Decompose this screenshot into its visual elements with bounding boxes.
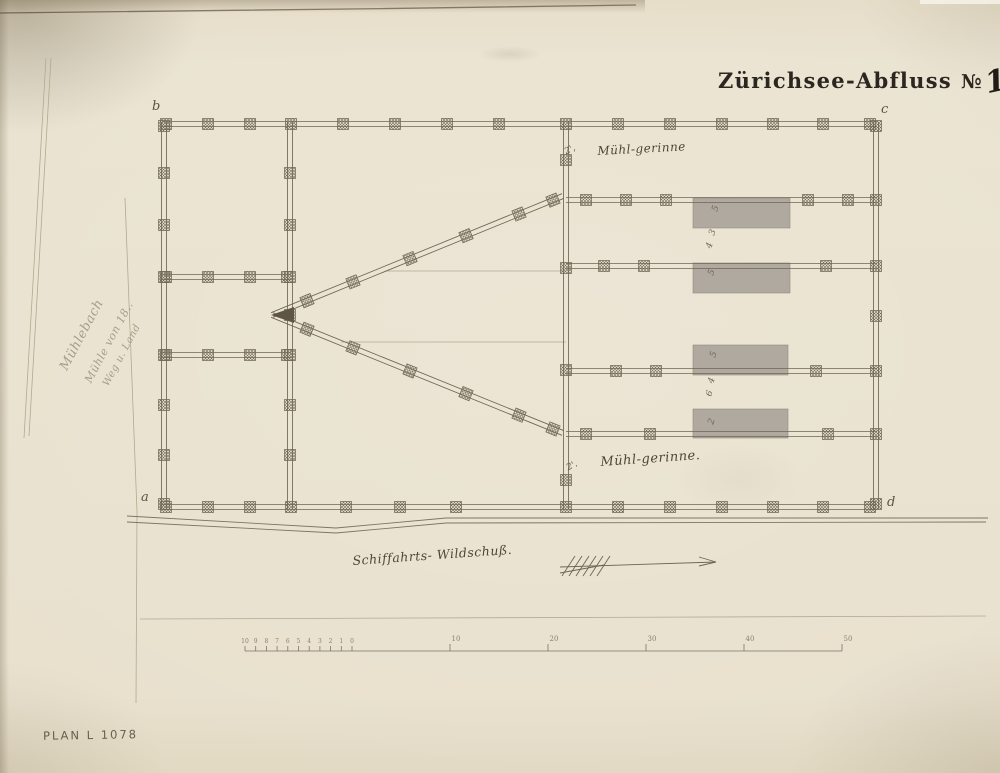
svg-text:30: 30 [648, 635, 657, 643]
svg-text:7: 7 [275, 638, 279, 645]
svg-text:3: 3 [318, 638, 322, 645]
svg-text:8: 8 [264, 638, 268, 645]
plan-number: 13. [982, 59, 1000, 99]
corner-label-c: c [881, 102, 888, 117]
corner-label-a: a [141, 490, 149, 505]
svg-text:50: 50 [844, 635, 853, 643]
flow-arrow [560, 556, 716, 576]
svg-text:0: 0 [350, 638, 354, 645]
svg-text:40: 40 [746, 635, 755, 643]
page-title: Zürichsee-Abfluss [718, 68, 952, 93]
corner-label-d: d [887, 495, 895, 510]
archive-stamp: PLAN L 1078 [43, 727, 138, 743]
title-block: Zürichsee-Abfluss № 13. [718, 64, 1000, 94]
svg-text:5: 5 [297, 638, 301, 645]
svg-text:10: 10 [452, 635, 461, 643]
sluice-gate [693, 345, 788, 375]
corner-label-b: b [152, 99, 160, 114]
svg-text:4: 4 [307, 638, 311, 645]
svg-text:20: 20 [550, 635, 559, 643]
numero-sign: № [961, 71, 982, 93]
plan-structure [159, 119, 882, 513]
dimension-mark: 4 [706, 376, 718, 386]
dimension-mark: 3 [707, 228, 718, 237]
svg-text:10: 10 [241, 638, 249, 645]
paper-tear-shadow [0, 0, 645, 13]
svg-text:1: 1 [339, 638, 343, 645]
dimension-mark: 6 [704, 389, 715, 398]
svg-text:6: 6 [286, 638, 290, 645]
sluice-gate [693, 263, 790, 293]
dimension-mark: 4 [704, 241, 716, 251]
scan-background-sliver [920, 0, 1000, 4]
svg-text:2: 2 [329, 638, 333, 645]
plan-drawing: 109876543210102030405053455462 [0, 0, 1000, 773]
scale-bar: 1098765432101020304050 [241, 635, 852, 651]
paper-left-shadow [0, 0, 9, 773]
svg-text:9: 9 [254, 638, 258, 645]
plan-sheet: 109876543210102030405053455462 Zürichsee… [0, 0, 1000, 773]
